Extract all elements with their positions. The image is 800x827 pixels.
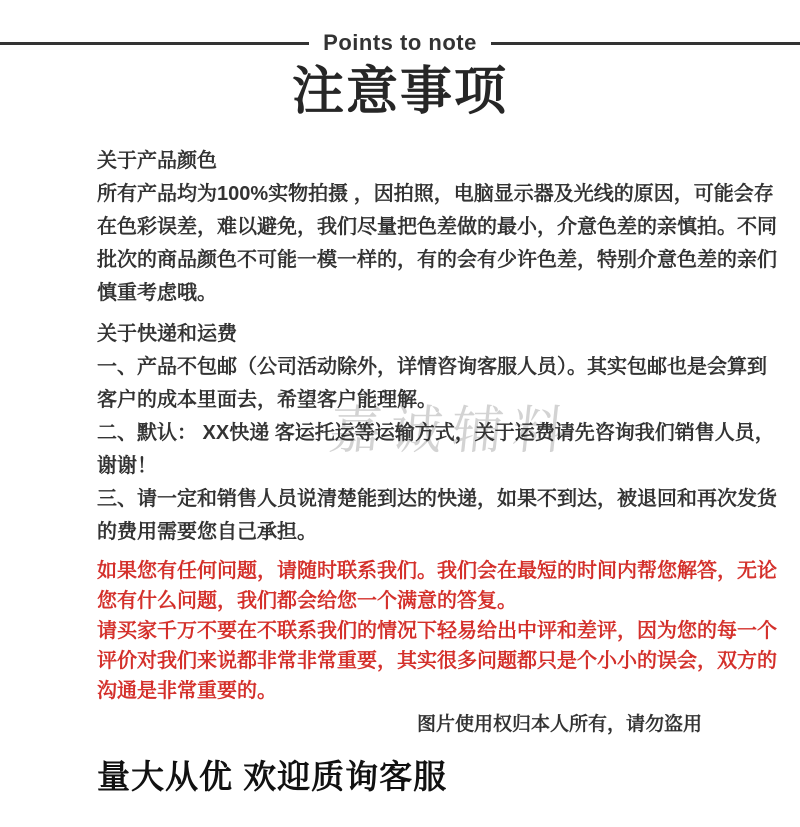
header-divider: Points to note (0, 30, 800, 56)
red-notice-line: 如果您有任何问题，请随时联系我们。我们会在最短的时间内帮您解答，无论 (97, 556, 740, 586)
section-shipping-fee: 关于快递和运费 一、产品不包邮（公司活动除外，详情咨询客服人员）。其实包邮也是会… (97, 318, 740, 549)
section-heading-color: 关于产品颜色 (97, 145, 740, 178)
page-title: 注意事项 (0, 62, 800, 122)
paragraph-line: 的费用需要您自己承担。 (97, 516, 740, 549)
section-heading-shipping: 关于快递和运费 (97, 318, 740, 351)
paragraph-line: 二、默认： XX快递 客运托运等运输方式，关于运费请先咨询我们销售人员， (97, 417, 740, 450)
paragraph-line: 在色彩误差，难以避免，我们尽量把色差做的最小，介意色差的亲慎拍。不同 (97, 211, 740, 244)
paragraph-line: 批次的商品颜色不可能一模一样的，有的会有少许色差，特别介意色差的亲们 (97, 244, 740, 277)
footer-slogan: 量大从优 欢迎质询客服 (97, 751, 740, 798)
divider-line-left (0, 42, 309, 45)
paragraph-line: 三、请一定和销售人员说清楚能到达的快递，如果不到达，被退回和再次发货 (97, 483, 740, 516)
paragraph-line: 谢谢！ (97, 450, 740, 483)
section-red-notice: 如果您有任何问题，请随时联系我们。我们会在最短的时间内帮您解答，无论 您有什么问… (97, 556, 740, 706)
divider-line-right (491, 42, 800, 45)
paragraph-line: 一、产品不包邮（公司活动除外，详情咨询客服人员）。其实包邮也是会算到 (97, 351, 740, 384)
header-en-title: Points to note (309, 30, 491, 56)
red-notice-line: 沟通是非常重要的。 (97, 676, 740, 706)
notice-page: 嘉诚辅料 Points to note 注意事项 关于产品颜色 所有产品均为10… (0, 0, 800, 827)
paragraph-line: 慎重考虑哦。 (97, 277, 740, 310)
paragraph-line: 客户的成本里面去，希望客户能理解。 (97, 384, 740, 417)
paragraph-line: 所有产品均为100%实物拍摄 ，因拍照，电脑显示器及光线的原因，可能会存 (97, 178, 740, 211)
red-notice-line: 您有什么问题，我们都会给您一个满意的答复。 (97, 586, 740, 616)
copyright-note: 图片使用权归本人所有，请勿盗用 (97, 712, 740, 738)
notice-content: 关于产品颜色 所有产品均为100%实物拍摄 ，因拍照，电脑显示器及光线的原因，可… (97, 145, 740, 798)
red-notice-line: 请买家千万不要在不联系我们的情况下轻易给出中评和差评，因为您的每一个 (97, 616, 740, 646)
red-notice-line: 评价对我们来说都非常非常重要，其实很多问题都只是个小小的误会，双方的 (97, 646, 740, 676)
section-product-color: 关于产品颜色 所有产品均为100%实物拍摄 ，因拍照，电脑显示器及光线的原因，可… (97, 145, 740, 310)
